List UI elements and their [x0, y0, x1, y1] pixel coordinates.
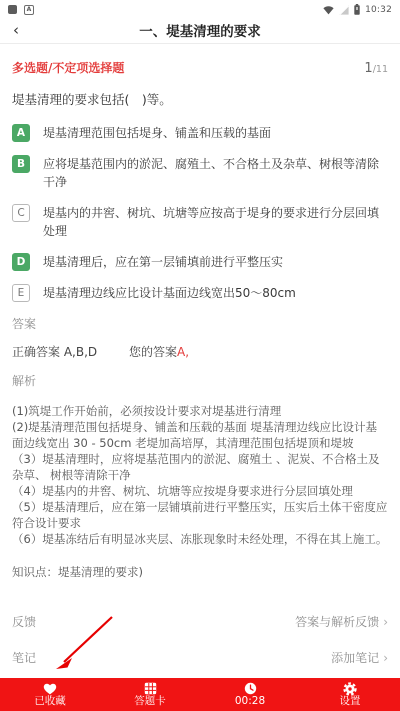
feedback-action-text: 答案与解析反馈 [295, 613, 379, 630]
answer-row: 正确答案 A,B,D 您的答案A, [12, 343, 388, 360]
analysis-line: （3）堤基清理时，应将堤基范围内的淤泥、腐殖土 、泥炭、不合格土及杂草、 树根等… [12, 451, 388, 483]
heart-icon [43, 682, 57, 695]
option-e-text: 堤基清理边线应比设计基面边线宽出50～80cm [43, 284, 296, 302]
page-title: 一、堤基清理的要求 [139, 20, 261, 40]
answer-section-label: 答案 [12, 315, 388, 332]
settings-label: 设置 [340, 696, 361, 707]
app-header: ‹ 一、堤基清理的要求 [0, 17, 400, 44]
favorited-button[interactable]: 已收藏 [0, 678, 100, 711]
option-a-text: 堤基清理范围包括堤身、铺盖和压载的基面 [43, 124, 271, 142]
answer-card-label: 答题卡 [134, 696, 166, 707]
options-list: A 堤基清理范围包括堤身、铺盖和压载的基面 B 应将堤基范围内的淤泥、腐殖土、不… [12, 124, 388, 302]
option-d[interactable]: D 堤基清理后，应在第一层铺填前进行平整压实 [12, 253, 388, 271]
question-pager: 1/11 [364, 57, 388, 76]
option-d-box[interactable]: D [12, 253, 30, 271]
timer-label: 00:28 [235, 696, 265, 707]
clock-time: 10:32 [365, 5, 392, 15]
settings-button[interactable]: 设置 [300, 678, 400, 711]
option-c-text: 堤基内的井窖、树坑、坑塘等应按高于堤身的要求进行分层回填处理 [43, 204, 388, 240]
a-badge-icon: A [24, 5, 34, 15]
correct-answer-label: 正确答案 [12, 345, 60, 359]
clock-icon [244, 682, 257, 695]
notes-row: 笔记 添加笔记 › [12, 649, 388, 666]
feedback-action[interactable]: 答案与解析反馈 › [295, 613, 388, 630]
chevron-right-icon: › [383, 615, 388, 629]
add-note-action[interactable]: 添加笔记 › [331, 649, 388, 666]
feedback-label: 反馈 [12, 613, 36, 630]
analysis-text: (1)筑堤工作开始前，必须按设计要求对堤基进行清理 (2)堤基清理范围包括堤身、… [12, 403, 388, 547]
notes-label: 笔记 [12, 649, 36, 666]
status-bar-left: A [8, 5, 34, 15]
question-meta-row: 多选题/不定项选择题 1/11 [12, 57, 388, 76]
question-type-label: 多选题/不定项选择题 [12, 59, 124, 76]
correct-answer-value: A,B,D [64, 345, 97, 359]
analysis-line: （5）堤基清理后，应在第一层铺填前进行平整压实，压实后土体干密度应符合设计要求 [12, 499, 388, 531]
analysis-line: (2)堤基清理范围包括堤身、铺盖和压载的基面 堤基清理边线应比设计基面边线宽出 … [12, 419, 388, 451]
option-b-box[interactable]: B [12, 155, 30, 173]
question-stem: 堤基清理的要求包括( )等。 [12, 90, 388, 108]
chevron-right-icon: › [383, 651, 388, 665]
option-b[interactable]: B 应将堤基范围内的淤泥、腐殖土、不合格土及杂草、树根等清除干净 [12, 155, 388, 191]
your-answer-value: A, [177, 345, 189, 359]
your-answer-label: 您的答案 [129, 345, 177, 359]
timer-button[interactable]: 00:28 [200, 678, 300, 711]
analysis-line: (1)筑堤工作开始前，必须按设计要求对堤基进行清理 [12, 403, 388, 419]
back-icon[interactable]: ‹ [13, 18, 19, 43]
knowledge-point: 知识点：堤基清理的要求) [12, 564, 388, 580]
quiz-app-screen: A 10:32 ‹ 一、堤基清理的要求 多选题/不定项选择题 1/11 堤基 [0, 0, 400, 711]
app-square-icon [8, 5, 17, 14]
option-d-text: 堤基清理后，应在第一层铺填前进行平整压实 [43, 253, 283, 271]
gear-icon [343, 682, 357, 695]
feedback-row: 反馈 答案与解析反馈 › [12, 613, 388, 630]
answer-card-button[interactable]: 答题卡 [100, 678, 200, 711]
option-b-text: 应将堤基范围内的淤泥、腐殖土、不合格土及杂草、树根等清除干净 [43, 155, 388, 191]
analysis-section-label: 解析 [12, 372, 388, 389]
analysis-line: （4）堤基内的井窖、树坑、坑塘等应按堤身要求进行分层回填处理 [12, 483, 388, 499]
favorited-label: 已收藏 [34, 696, 66, 707]
option-a[interactable]: A 堤基清理范围包括堤身、铺盖和压载的基面 [12, 124, 388, 142]
status-bar: A 10:32 [0, 0, 400, 17]
option-a-box[interactable]: A [12, 124, 30, 142]
option-e-box[interactable]: E [12, 284, 30, 302]
option-e[interactable]: E 堤基清理边线应比设计基面边线宽出50～80cm [12, 284, 388, 302]
add-note-action-text: 添加笔记 [331, 649, 379, 666]
bottom-nav-bar: 已收藏 答题卡 00:28 设置 [0, 678, 400, 711]
pager-total: /11 [373, 64, 388, 75]
question-content: 多选题/不定项选择题 1/11 堤基清理的要求包括( )等。 A 堤基清理范围包… [0, 44, 400, 666]
analysis-line: （6）堤基冻结后有明显冰夹层、冻胀现象时未经处理，不得在其上施工。 [12, 531, 388, 547]
option-c-box[interactable]: C [12, 204, 30, 222]
pager-current: 1 [364, 61, 372, 76]
answer-card-icon [144, 682, 157, 695]
option-c[interactable]: C 堤基内的井窖、树坑、坑塘等应按高于堤身的要求进行分层回填处理 [12, 204, 388, 240]
